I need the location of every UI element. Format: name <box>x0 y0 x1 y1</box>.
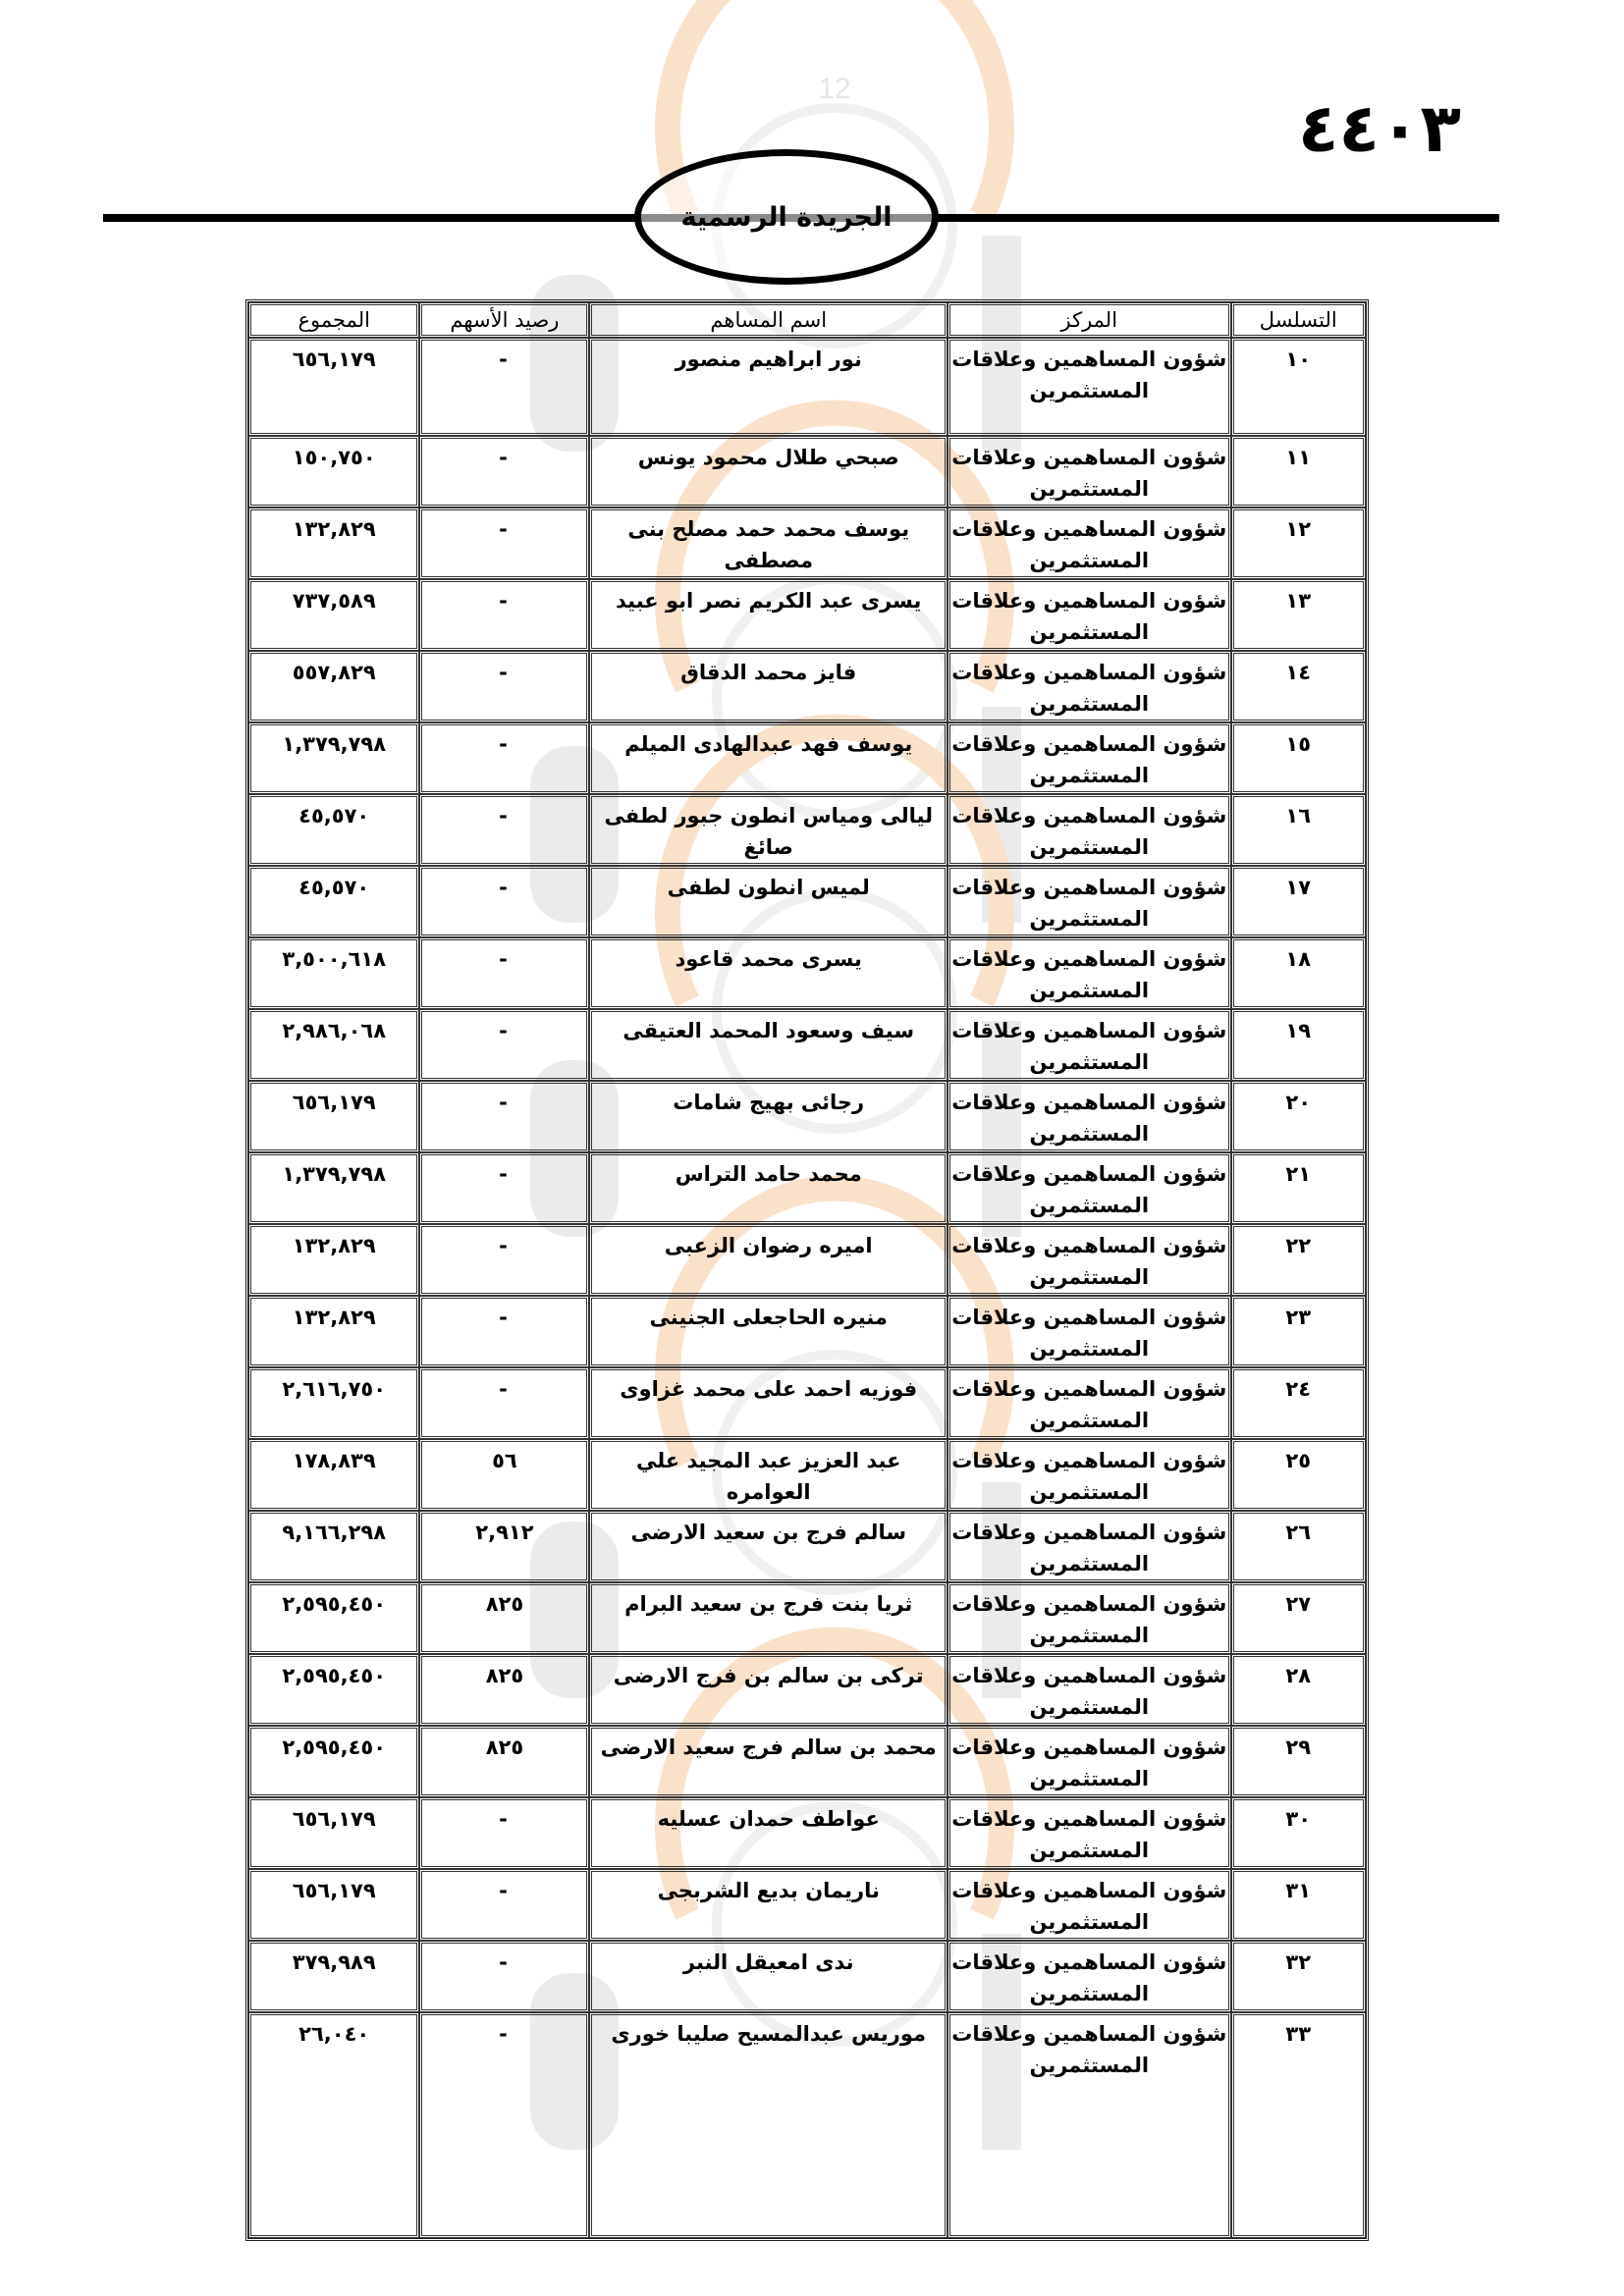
table-row: ١٨شؤون المساهمين وعلاقات المستثمرينيسرى … <box>248 937 1366 1009</box>
cell-shares-balance: - <box>419 1081 589 1152</box>
cell-shareholder-name: يسرى محمد قاعود <box>589 937 947 1009</box>
cell-center: شؤون المساهمين وعلاقات المستثمرين <box>947 436 1230 507</box>
table-row: ٣١شؤون المساهمين وعلاقات المستثمرينناريم… <box>248 1869 1366 1941</box>
table-row: ٣٠شؤون المساهمين وعلاقات المستثمرينعواطف… <box>248 1797 1366 1869</box>
cell-center: شؤون المساهمين وعلاقات المستثمرين <box>947 937 1230 1009</box>
cell-seq: ١٩ <box>1231 1009 1367 1081</box>
cell-seq: ١٠ <box>1231 338 1367 436</box>
cell-total: ١,٣٧٩,٧٩٨ <box>248 1152 419 1224</box>
cell-shareholder-name: رجائى بهيج شامات <box>589 1081 947 1152</box>
header-total: المجموع <box>248 302 419 338</box>
cell-center: شؤون المساهمين وعلاقات المستثمرين <box>947 507 1230 579</box>
cell-total: ١٥٠,٧٥٠ <box>248 436 419 507</box>
header-shares: رصيد الأسهم <box>419 302 589 338</box>
table-row: ١٧شؤون المساهمين وعلاقات المستثمرينلميس … <box>248 866 1366 937</box>
cell-center: شؤون المساهمين وعلاقات المستثمرين <box>947 794 1230 866</box>
cell-shareholder-name: لميس انطون لطفى <box>589 866 947 937</box>
cell-shareholder-name: عواطف حمدان عسليه <box>589 1797 947 1869</box>
cell-shares-balance: - <box>419 651 589 722</box>
cell-total: ١٣٢,٨٢٩ <box>248 1224 419 1296</box>
cell-seq: ٢٧ <box>1231 1582 1367 1654</box>
table-row: ١٥شؤون المساهمين وعلاقات المستثمرينيوسف … <box>248 722 1366 794</box>
cell-center: شؤون المساهمين وعلاقات المستثمرين <box>947 1439 1230 1511</box>
cell-shares-balance: - <box>419 1296 589 1367</box>
cell-seq: ٣٠ <box>1231 1797 1367 1869</box>
table-row: ٣٣شؤون المساهمين وعلاقات المستثمرينموريس… <box>248 2012 1366 2238</box>
cell-total: ٢٦,٠٤٠ <box>248 2012 419 2238</box>
table-row: ٢٥شؤون المساهمين وعلاقات المستثمرينعبد ا… <box>248 1439 1366 1511</box>
cell-seq: ٢٨ <box>1231 1654 1367 1726</box>
header-oval: الجريدة الرسمية <box>634 149 939 285</box>
cell-shares-balance: - <box>419 1224 589 1296</box>
cell-total: ٣٧٩,٩٨٩ <box>248 1941 419 2012</box>
cell-shareholder-name: سالم فرج بن سعيد الارضى <box>589 1511 947 1582</box>
cell-shares-balance: - <box>419 579 589 651</box>
cell-seq: ٢١ <box>1231 1152 1367 1224</box>
cell-center: شؤون المساهمين وعلاقات المستثمرين <box>947 722 1230 794</box>
table-row: ٢٧شؤون المساهمين وعلاقات المستثمرينثريا … <box>248 1582 1366 1654</box>
cell-shares-balance: - <box>419 866 589 937</box>
cell-seq: ٣٢ <box>1231 1941 1367 2012</box>
cell-center: شؤون المساهمين وعلاقات المستثمرين <box>947 1152 1230 1224</box>
cell-seq: ٢٦ <box>1231 1511 1367 1582</box>
svg-text:12: 12 <box>818 73 850 105</box>
cell-shares-balance: - <box>419 1941 589 2012</box>
cell-total: ٣,٥٠٠,٦١٨ <box>248 937 419 1009</box>
cell-shareholder-name: فوزيه احمد على محمد غزاوى <box>589 1367 947 1439</box>
table-row: ٢٤شؤون المساهمين وعلاقات المستثمرينفوزيه… <box>248 1367 1366 1439</box>
table-row: ١٠شؤون المساهمين وعلاقات المستثمريننور ا… <box>248 338 1366 436</box>
cell-shares-balance: - <box>419 338 589 436</box>
table-row: ٢٩شؤون المساهمين وعلاقات المستثمرينمحمد … <box>248 1726 1366 1797</box>
cell-seq: ٢٩ <box>1231 1726 1367 1797</box>
cell-shareholder-name: محمد حامد التراس <box>589 1152 947 1224</box>
cell-shareholder-name: ندى امعيقل النبر <box>589 1941 947 2012</box>
cell-center: شؤون المساهمين وعلاقات المستثمرين <box>947 2012 1230 2238</box>
cell-shareholder-name: يوسف محمد حمد مصلح بنى مصطفى <box>589 507 947 579</box>
cell-total: ١٣٢,٨٢٩ <box>248 507 419 579</box>
cell-total: ٦٥٦,١٧٩ <box>248 1081 419 1152</box>
cell-shareholder-name: ناريمان بديع الشربجى <box>589 1869 947 1941</box>
cell-center: شؤون المساهمين وعلاقات المستثمرين <box>947 1296 1230 1367</box>
cell-seq: ٢٠ <box>1231 1081 1367 1152</box>
cell-shareholder-name: موريس عبدالمسيح صليبا خورى <box>589 2012 947 2238</box>
cell-total: ٥٥٧,٨٢٩ <box>248 651 419 722</box>
cell-center: شؤون المساهمين وعلاقات المستثمرين <box>947 1009 1230 1081</box>
cell-seq: ١٨ <box>1231 937 1367 1009</box>
shareholders-table: التسلسل المركز اسم المساهم رصيد الأسهم ا… <box>245 299 1369 2241</box>
cell-shareholder-name: محمد بن سالم فرج سعيد الارضى <box>589 1726 947 1797</box>
cell-shareholder-name: اميره رضوان الزعبى <box>589 1224 947 1296</box>
header-seq: التسلسل <box>1231 302 1367 338</box>
cell-total: ١٣٢,٨٢٩ <box>248 1296 419 1367</box>
table-row: ٢٦شؤون المساهمين وعلاقات المستثمرينسالم … <box>248 1511 1366 1582</box>
cell-shares-balance: ٢,٩١٢ <box>419 1511 589 1582</box>
cell-center: شؤون المساهمين وعلاقات المستثمرين <box>947 1511 1230 1582</box>
cell-center: شؤون المساهمين وعلاقات المستثمرين <box>947 1941 1230 2012</box>
cell-total: ٧٣٧,٥٨٩ <box>248 579 419 651</box>
cell-center: شؤون المساهمين وعلاقات المستثمرين <box>947 1654 1230 1726</box>
cell-seq: ٢٥ <box>1231 1439 1367 1511</box>
cell-seq: ١٢ <box>1231 507 1367 579</box>
cell-total: ٢,٥٩٥,٤٥٠ <box>248 1726 419 1797</box>
cell-total: ١٧٨,٨٣٩ <box>248 1439 419 1511</box>
cell-total: ٦٥٦,١٧٩ <box>248 1869 419 1941</box>
table-row: ١٤شؤون المساهمين وعلاقات المستثمرينفايز … <box>248 651 1366 722</box>
cell-total: ٢,٦١٦,٧٥٠ <box>248 1367 419 1439</box>
cell-shareholder-name: تركى بن سالم بن فرج الارضى <box>589 1654 947 1726</box>
cell-total: ٢,٥٩٥,٤٥٠ <box>248 1582 419 1654</box>
cell-total: ٤٥,٥٧٠ <box>248 794 419 866</box>
cell-shares-balance: - <box>419 1152 589 1224</box>
cell-seq: ٢٤ <box>1231 1367 1367 1439</box>
cell-shares-balance: - <box>419 937 589 1009</box>
cell-shares-balance: ٨٢٥ <box>419 1654 589 1726</box>
table-body: ١٠شؤون المساهمين وعلاقات المستثمريننور ا… <box>248 338 1366 2238</box>
cell-center: شؤون المساهمين وعلاقات المستثمرين <box>947 1224 1230 1296</box>
cell-total: ١,٣٧٩,٧٩٨ <box>248 722 419 794</box>
cell-shares-balance: ٨٢٥ <box>419 1582 589 1654</box>
cell-seq: ١١ <box>1231 436 1367 507</box>
cell-center: شؤون المساهمين وعلاقات المستثمرين <box>947 1582 1230 1654</box>
table-row: ٢١شؤون المساهمين وعلاقات المستثمرينمحمد … <box>248 1152 1366 1224</box>
cell-total: ٢,٩٨٦,٠٦٨ <box>248 1009 419 1081</box>
cell-center: شؤون المساهمين وعلاقات المستثمرين <box>947 1797 1230 1869</box>
cell-shareholder-name: سيف وسعود المحمد العتيقى <box>589 1009 947 1081</box>
cell-shareholder-name: يوسف فهد عبدالهادى الميلم <box>589 722 947 794</box>
cell-total: ٤٥,٥٧٠ <box>248 866 419 937</box>
cell-seq: ٢٢ <box>1231 1224 1367 1296</box>
cell-shares-balance: - <box>419 1009 589 1081</box>
cell-seq: ٣٣ <box>1231 2012 1367 2238</box>
table-row: ٢٠شؤون المساهمين وعلاقات المستثمرينرجائى… <box>248 1081 1366 1152</box>
cell-total: ٦٥٦,١٧٩ <box>248 338 419 436</box>
cell-seq: ٣١ <box>1231 1869 1367 1941</box>
cell-seq: ١٧ <box>1231 866 1367 937</box>
header-center: المركز <box>947 302 1230 338</box>
cell-seq: ٢٣ <box>1231 1296 1367 1367</box>
cell-center: شؤون المساهمين وعلاقات المستثمرين <box>947 651 1230 722</box>
cell-shareholder-name: يسرى عبد الكريم نصر ابو عبيد <box>589 579 947 651</box>
cell-shareholder-name: عبد العزيز عبد المجيد علي العوامره <box>589 1439 947 1511</box>
cell-center: شؤون المساهمين وعلاقات المستثمرين <box>947 1869 1230 1941</box>
table-row: ١١شؤون المساهمين وعلاقات المستثمرينصبحي … <box>248 436 1366 507</box>
table-row: ١٦شؤون المساهمين وعلاقات المستثمرينليالى… <box>248 794 1366 866</box>
cell-seq: ١٥ <box>1231 722 1367 794</box>
table-row: ١٩شؤون المساهمين وعلاقات المستثمرينسيف و… <box>248 1009 1366 1081</box>
cell-shareholder-name: ليالى ومياس انطون جبور لطفى صائغ <box>589 794 947 866</box>
header-name: اسم المساهم <box>589 302 947 338</box>
cell-shares-balance: ٨٢٥ <box>419 1726 589 1797</box>
cell-shares-balance: - <box>419 1797 589 1869</box>
table-row: ٣٢شؤون المساهمين وعلاقات المستثمرينندى ا… <box>248 1941 1366 2012</box>
cell-total: ٩,١٦٦,٢٩٨ <box>248 1511 419 1582</box>
table-row: ١٢شؤون المساهمين وعلاقات المستثمرينيوسف … <box>248 507 1366 579</box>
cell-center: شؤون المساهمين وعلاقات المستثمرين <box>947 579 1230 651</box>
table-row: ٢٣شؤون المساهمين وعلاقات المستثمرينمنيره… <box>248 1296 1366 1367</box>
cell-shares-balance: - <box>419 436 589 507</box>
cell-center: شؤون المساهمين وعلاقات المستثمرين <box>947 1081 1230 1152</box>
cell-total: ٢,٥٩٥,٤٥٠ <box>248 1654 419 1726</box>
cell-seq: ١٦ <box>1231 794 1367 866</box>
cell-center: شؤون المساهمين وعلاقات المستثمرين <box>947 1726 1230 1797</box>
cell-shares-balance: - <box>419 722 589 794</box>
cell-shareholder-name: صبحي طلال محمود يونس <box>589 436 947 507</box>
cell-shares-balance: - <box>419 1869 589 1941</box>
cell-center: شؤون المساهمين وعلاقات المستثمرين <box>947 866 1230 937</box>
cell-shares-balance: - <box>419 2012 589 2238</box>
table-row: ٢٨شؤون المساهمين وعلاقات المستثمرينتركى … <box>248 1654 1366 1726</box>
cell-center: شؤون المساهمين وعلاقات المستثمرين <box>947 1367 1230 1439</box>
table-header-row: التسلسل المركز اسم المساهم رصيد الأسهم ا… <box>248 302 1366 338</box>
cell-shareholder-name: نور ابراهيم منصور <box>589 338 947 436</box>
table-row: ١٣شؤون المساهمين وعلاقات المستثمرينيسرى … <box>248 579 1366 651</box>
page-number: ٤٤٠٣ <box>1296 90 1463 168</box>
cell-center: شؤون المساهمين وعلاقات المستثمرين <box>947 338 1230 436</box>
cell-shares-balance: - <box>419 507 589 579</box>
cell-shares-balance: - <box>419 1367 589 1439</box>
cell-seq: ١٤ <box>1231 651 1367 722</box>
cell-shares-balance: ٥٦ <box>419 1439 589 1511</box>
cell-seq: ١٣ <box>1231 579 1367 651</box>
table-row: ٢٢شؤون المساهمين وعلاقات المستثمريناميره… <box>248 1224 1366 1296</box>
cell-shareholder-name: فايز محمد الدقاق <box>589 651 947 722</box>
cell-shareholder-name: منيره الحاجعلى الجنينى <box>589 1296 947 1367</box>
cell-total: ٦٥٦,١٧٩ <box>248 1797 419 1869</box>
cell-shareholder-name: ثريا بنت فرج بن سعيد البرام <box>589 1582 947 1654</box>
cell-shares-balance: - <box>419 794 589 866</box>
publication-title: الجريدة الرسمية <box>681 202 893 233</box>
